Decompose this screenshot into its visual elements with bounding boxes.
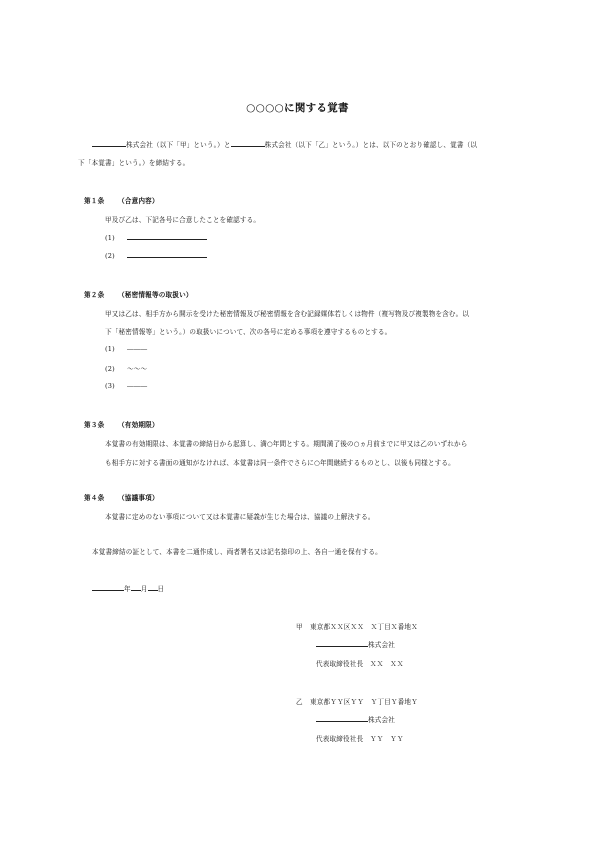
article-2-text-line-2: 下「秘密情報等」という。）の取扱いについて、次の各号に定める事項を遵守するものと… (105, 326, 391, 336)
month-label: 月 (141, 585, 148, 593)
article-1-heading: 第１条（合意内容） (84, 195, 159, 205)
article-2-title: （秘密情報等の取扱い） (118, 291, 193, 299)
party-a-representative: 代表取締役社長 ＸＸ ＸＸ (316, 658, 404, 668)
party-a-company-suffix: 株式会社 (368, 641, 395, 649)
article-2-item-2: (2)～～～ (105, 363, 147, 373)
party-b-address-line: 乙東京都ＹＹ区ＹＹ Ｙ丁目Ｙ番地Ｙ (296, 696, 418, 706)
article-4-text: 本覚書に定めのない事項について又は本覚書に疑義が生じた場合は、協議の上解決する。 (105, 511, 375, 521)
party-b-company-suffix: 株式会社 (368, 716, 395, 724)
month-blank (131, 584, 141, 591)
party-b-company-line: 株式会社 (316, 714, 395, 724)
article-2-text-line-1: 甲又は乙は、相手方から開示を受けた秘密情報及び秘密情報を含む記録媒体若しくは物件… (105, 308, 469, 318)
article-1-number: 第１条 (84, 195, 118, 205)
item-number: (2) (105, 252, 127, 260)
item-text: ――― (127, 345, 147, 353)
article-3-number: 第３条 (84, 419, 118, 429)
party-a-company-blank (316, 640, 368, 647)
article-4-title: （協議事項） (118, 494, 159, 502)
day-blank (148, 584, 158, 591)
party-a-address: 東京都ＸＸ区ＸＸ Ｘ丁目Ｘ番地Ｘ (310, 623, 418, 631)
document-title: ○○○○に関する覚書 (0, 100, 595, 115)
article-1-item-2: (2) (105, 251, 207, 260)
party-b-address: 東京都ＹＹ区ＹＹ Ｙ丁目Ｙ番地Ｙ (310, 698, 418, 706)
party-a-name-blank (92, 140, 126, 147)
party-a-address-line: 甲東京都ＸＸ区ＸＸ Ｘ丁目Ｘ番地Ｘ (296, 621, 418, 631)
article-4-number: 第４条 (84, 492, 118, 502)
date-line: 年月日 (92, 583, 164, 593)
item-number: (3) (105, 382, 127, 390)
item-blank-line (127, 251, 207, 258)
article-3-heading: 第３条（有効期限） (84, 419, 159, 429)
party-a-label: 甲 (296, 621, 310, 631)
item-text: ～～～ (127, 365, 147, 373)
article-2-heading: 第２条（秘密情報等の取扱い） (84, 289, 193, 299)
article-3-text-line-2: も相手方に対する書面の通知がなければ、本覚書は同一条件でさらに○年間継続するもの… (105, 457, 455, 467)
article-4-heading: 第４条（協議事項） (84, 492, 159, 502)
closing-statement: 本覚書締結の証として、本書を二通作成し、両者署名又は記名捺印の上、各自一通を保有… (92, 546, 382, 556)
article-1-title: （合意内容） (118, 197, 159, 205)
article-2-item-1: (1)――― (105, 345, 147, 353)
intro-part-1: 株式会社（以下「甲」という。）と (126, 141, 231, 149)
article-2-number: 第２条 (84, 289, 118, 299)
intro-line-2: 下「本覚書」という。）を締結する。 (78, 157, 189, 167)
item-number: (1) (105, 234, 127, 242)
article-3-text-line-1: 本覚書の有効期限は、本覚書の締結日から起算し、満○年間とする。期間満了後の○ヵ月… (105, 438, 467, 448)
item-blank-line (127, 233, 207, 240)
item-number: (2) (105, 365, 127, 373)
day-label: 日 (158, 585, 165, 593)
article-3-title: （有効期限） (118, 421, 159, 429)
party-b-representative: 代表取締役社長 ＹＹ ＹＹ (316, 733, 404, 743)
intro-line-1: 株式会社（以下「甲」という。）と株式会社（以下「乙」という。）とは、以下のとおり… (92, 139, 477, 149)
party-b-name-blank (231, 140, 265, 147)
party-b-company-blank (316, 715, 368, 722)
item-number: (1) (105, 345, 127, 353)
article-2-item-3: (3)――― (105, 382, 147, 390)
article-1-text: 甲及び乙は、下記各号に合意したことを確認する。 (105, 214, 260, 224)
year-label: 年 (124, 585, 131, 593)
article-1-item-1: (1) (105, 233, 207, 242)
item-text: ――― (127, 382, 147, 390)
year-blank (92, 584, 124, 591)
party-a-company-line: 株式会社 (316, 639, 395, 649)
party-b-label: 乙 (296, 696, 310, 706)
intro-part-2: 株式会社（以下「乙」という。）とは、以下のとおり確認し、覚書（以 (265, 141, 478, 149)
